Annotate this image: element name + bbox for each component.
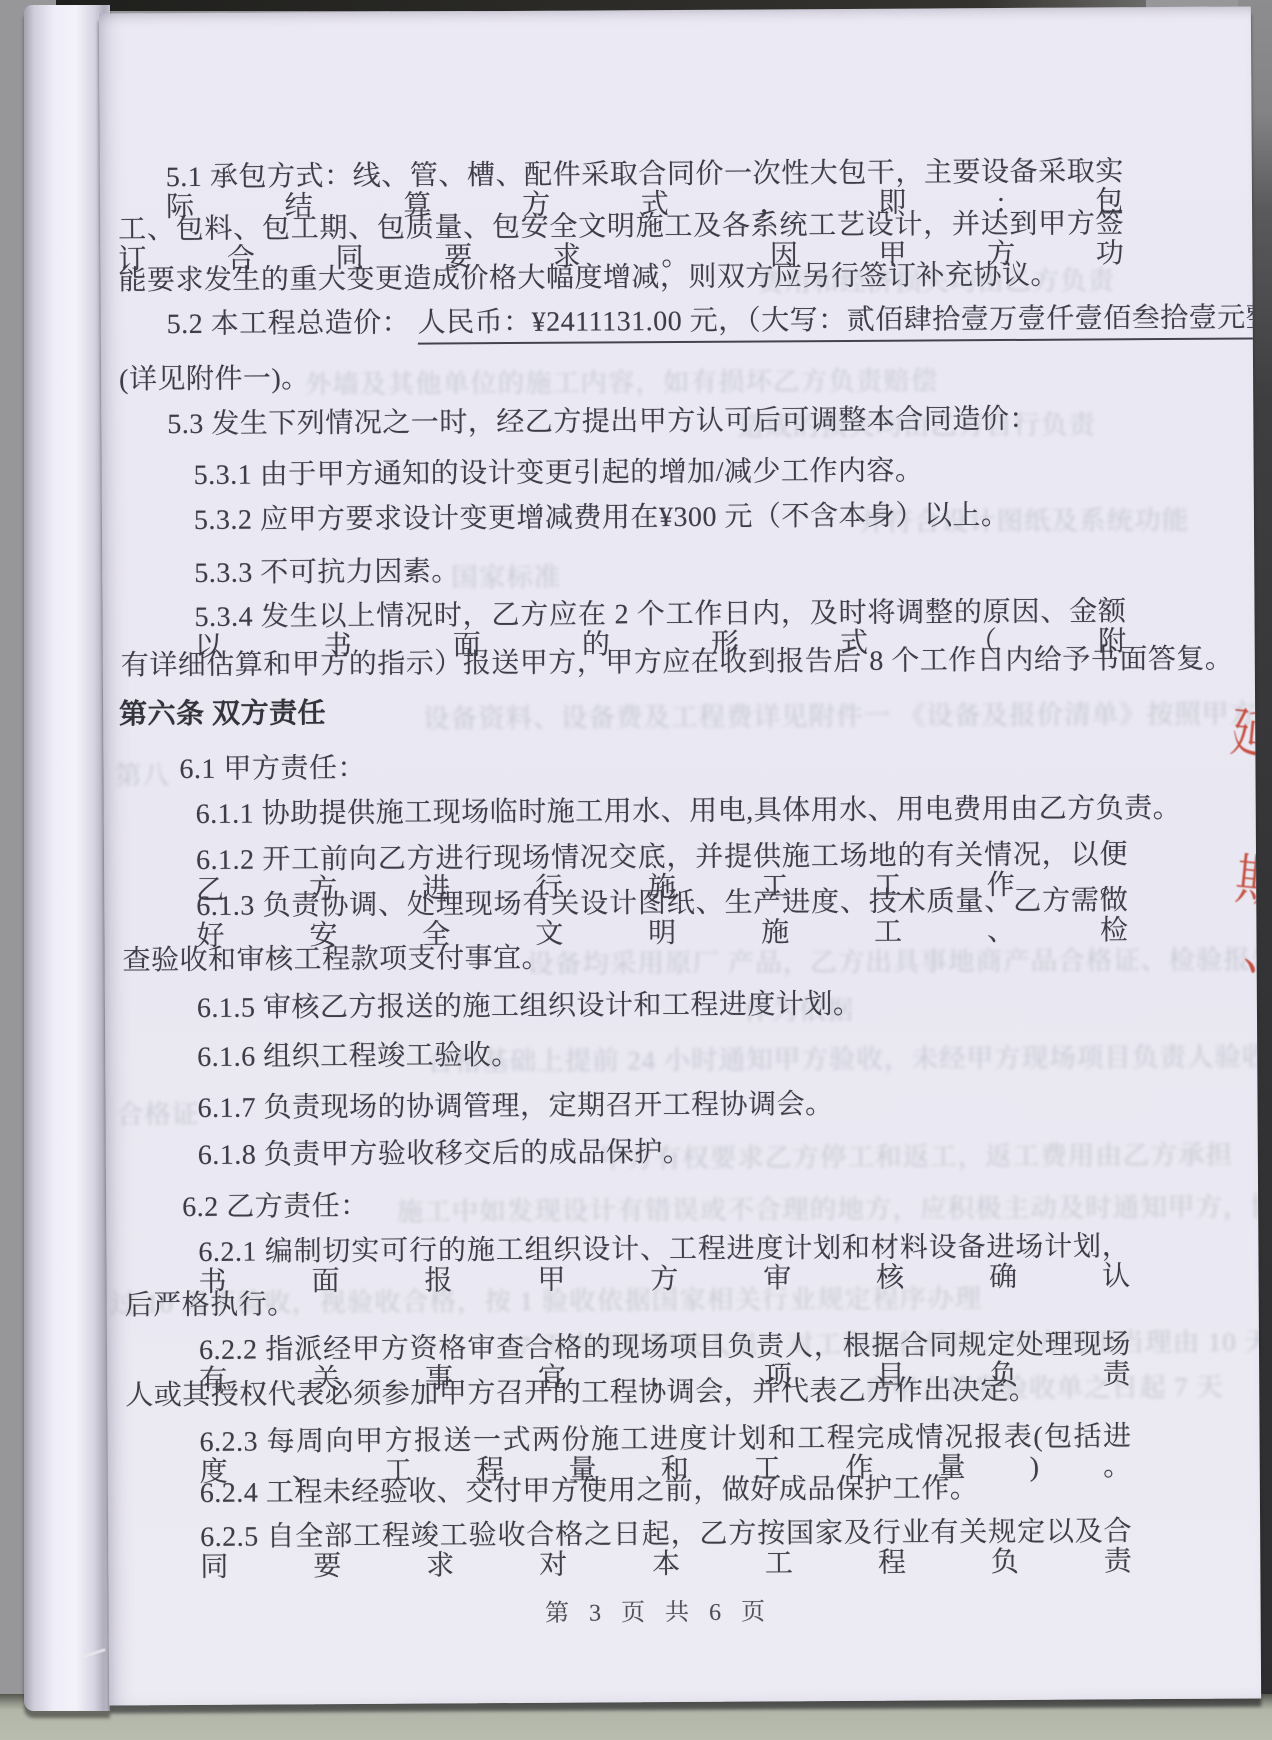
text-line: 人或其授权代表必须参加甲方召开的工程协调会，并代表乙方作出决定。: [125, 1376, 1037, 1412]
contract-page: 费用和经济损失均由乙方负责外墙及其他单位的施工内容，如有损坏乙方负责赔偿造成的损…: [99, 6, 1261, 1705]
text-line: (详见附件一)。: [119, 364, 310, 395]
page-number: 第 3 页 共 6 页: [109, 1589, 1209, 1631]
text-line: 查验收和审核工程款项支付事宜。: [123, 944, 551, 977]
bleedthrough-line: 甲方有权要求乙方停工和返工，返工费用由乙方承担: [600, 1135, 1234, 1176]
text-line: 6.2.4 工程未经验收、交付甲方使用之前，做好成品保护工作。: [200, 1474, 979, 1509]
text-line: 6.1.6 组织工程竣工验收。: [197, 1041, 520, 1073]
scanned-page-scene: 费用和经济损失均由乙方负责外墙及其他单位的施工内容，如有损坏乙方负责赔偿造成的损…: [0, 0, 1272, 1740]
text-line: 有详细估算和甲方的指示）报送甲方，甲方应在收到报告后 8 个工作日内给予书面答复…: [121, 645, 1234, 682]
page-stack-edge: [24, 5, 110, 1711]
text-line: 6.2.1 编制切实可行的施工组织设计、工程进度计划和材料设备进场计划，书面报甲…: [198, 1232, 1130, 1298]
text-line: 6.1.3 负责协调、处理现场有关设计图纸、生产进度、技术质量、乙方需做好安全文…: [196, 886, 1128, 952]
text-line: 5.3.3 不可抗力因素。: [194, 557, 460, 589]
text-line: 6.1.1 协助提供施工现场临时施工用水、用电,具体用水、用电费用由乙方负责。: [196, 794, 1182, 830]
bleedthrough-line: 第八: [115, 755, 170, 792]
text-line: 能要求发生的重大变更造成价格大幅度增减，则双方应另行签订补充协议。: [118, 261, 1059, 297]
text-line: 5.2 本工程总造价： 人民币：¥2411131.00 元，（大写：贰佰肆拾壹万…: [167, 303, 1262, 340]
text-line: 6.2.5 自全部工程竣工验收合格之日起，乙方按国家及行业有关规定以及合同要求对…: [200, 1517, 1132, 1583]
bleedthrough-line: 设备资料、设备费及工程费详见附件一 《设备及报价清单》按照甲方验收设备和工程: [423, 692, 1261, 735]
bleedthrough-line: 国家标准: [451, 557, 561, 595]
bleedthrough-line: 合格基础上提前 24 小时通知甲方验收，未经甲方现场项目负责人验收: [427, 1036, 1261, 1078]
bleedthrough-line: 合格证: [117, 1094, 200, 1132]
text-line: 6.1.8 负责甲方验收移交后的成品保护。: [198, 1138, 692, 1171]
text-line: 6.1 甲方责任：: [179, 754, 366, 785]
text-line: 5.3 发生下列情况之一时，经乙方提出甲方认可后可调整本合同造价：: [167, 405, 1038, 440]
text-line: 后严格执行。: [125, 1290, 296, 1321]
text-line: 5.3.2 应甲方要求设计变更增减费用在¥300 元（不含本身）以上。: [194, 501, 1010, 536]
text-line: 6.1.5 审核乙方报送的施工组织设计和工程进度计划。: [197, 990, 862, 1024]
text-line: 第六条 双方责任: [119, 699, 326, 730]
bleedthrough-line: 外墙及其他单位的施工内容，如有损坏乙方负责赔偿: [305, 360, 939, 401]
bleedthrough-line: 施工中如发现设计有错误或不合理的地方，应积极主动及时通知甲方，协调解决: [397, 1186, 1262, 1229]
text-line: 5.3.1 由于甲方通知的设计变更引起的增加/减少工作内容。: [194, 457, 924, 491]
text-line: 6.1.7 负责现场的协调管理，定期召开工程协调会。: [197, 1090, 833, 1124]
text-line: 6.2 乙方责任：: [182, 1192, 369, 1223]
